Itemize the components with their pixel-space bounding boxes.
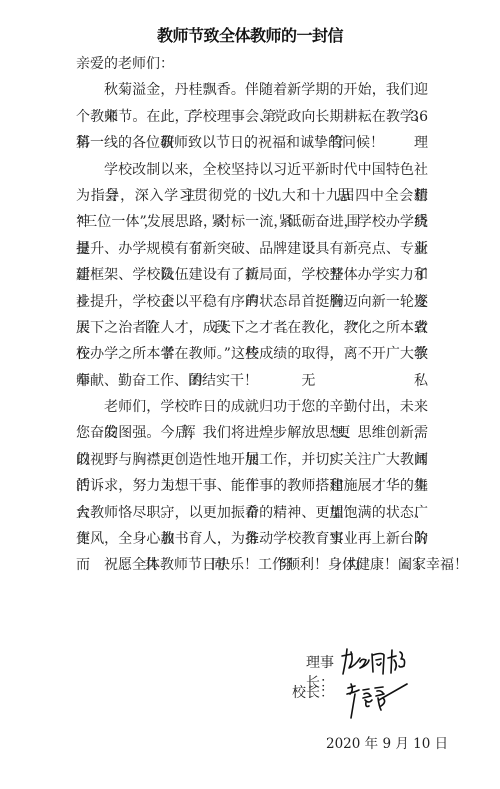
paragraph-2-line: 新框架、学校队伍建设有了新局面，学校整体办学实力和社会声誉逐: [76, 262, 428, 288]
paragraph-2-line: 校办学之所本者在教师。”这些成绩的取得，离不开广大教师的无私: [76, 341, 428, 367]
paragraph-2-line: 学校改制以来，全校坚持以习近平新时代中国特色社会主义思想: [76, 157, 428, 183]
paragraph-1-line: 第一线的各位教师致以节日的祝福和诚挚的问候！: [76, 130, 428, 156]
letter-title: 教师节致全体教师的一封信: [0, 24, 500, 48]
paragraph-3-line: 的视野与胸襟，创造性地开展工作，并切实关注广大教师的工作和生: [76, 447, 428, 473]
paragraph-2-line: “三位一体”发展思路，对标一流，砥砺奋进，学校办学质量有了新: [76, 209, 428, 235]
paragraph-1-line: 个教师节。在此，学校理事会、党政向长期耕耘在教学、科研、管理: [76, 104, 428, 130]
paragraph-3-line: 活诉求，努力为想干事、能干事的教师搭建施展才华的舞台。希望广: [76, 473, 428, 499]
principal-signature: [345, 680, 409, 720]
paragraph-3-line: 大教师恪尽职守，以更加振奋的精神、更加饱满的状态、更加务实的: [76, 500, 428, 526]
closing-wishes: 祝愿全体教师节日快乐！工作顺利！身体健康！阖家幸福！: [76, 552, 428, 578]
paragraph-1-line: 秋菊溢金，丹桂飘香。伴随着新学期的开始，我们迎来了第 36: [76, 77, 428, 103]
letter-date: 2020 年 9 月 10 日: [326, 734, 448, 754]
paragraph-2-line: 为指导，深入学习贯彻党的十九大和十九届四中全会精神，紧紧围绕: [76, 183, 428, 209]
letter-body: 亲爱的老师们： 秋菊溢金，丹桂飘香。伴随着新学期的开始，我们迎来了第 36 个教…: [76, 51, 428, 579]
paragraph-3-line: 您奋发图强。今后，我们将进一步解放思想、思维创新，以更加广阔: [76, 420, 428, 446]
principal-label: 校长：: [286, 683, 334, 703]
paragraph-3-line: 作风，全身心教书育人，为推动学校教育事业再上新台阶而共同努力！: [76, 526, 428, 552]
paragraph-2-line: 提升、办学规模有了新突破、品牌建设具有新亮点、专业建设拉开了: [76, 236, 428, 262]
paragraph-2-line: 步提升，学校正以平稳有序的状态昂首挺胸迈向新一轮发展阶段。“致: [76, 289, 428, 315]
paragraph-2-line: 天下之治者在人才，成天下之才者在教化，教化之所本者在学校，学: [76, 315, 428, 341]
greeting: 亲爱的老师们：: [76, 51, 428, 77]
paragraph-3-line: 老师们，学校昨日的成就归功于您的辛勤付出，未来的辉煌更需: [76, 394, 428, 420]
chairman-signature: [338, 646, 414, 680]
